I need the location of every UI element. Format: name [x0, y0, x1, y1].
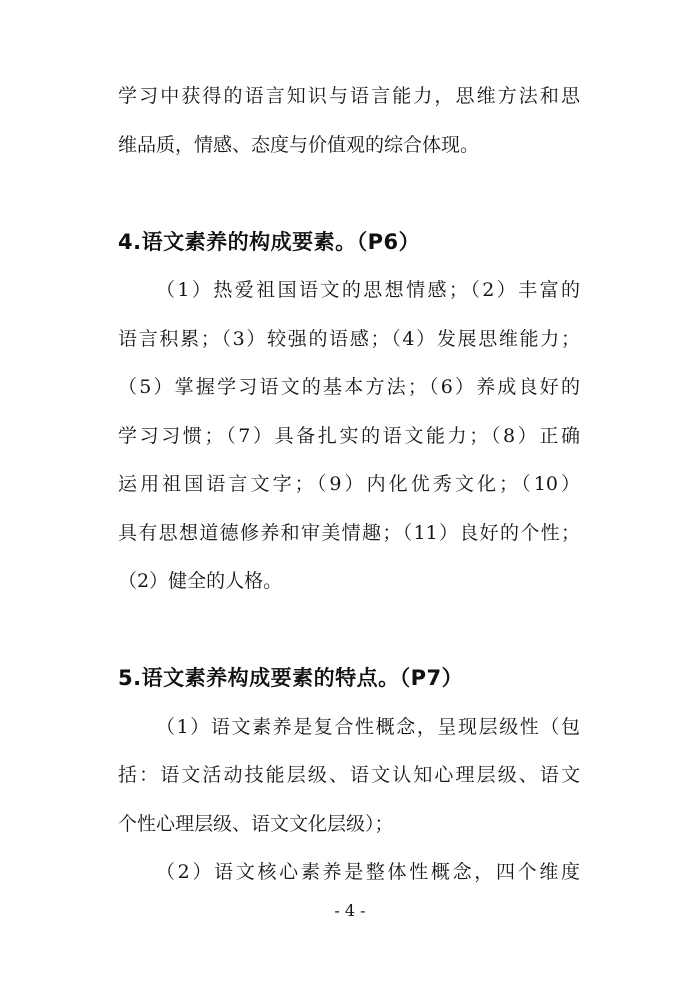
blank-line — [118, 606, 580, 655]
text-line: 学习习惯；（7）具备扎实的语文能力；（8）正确 — [118, 412, 580, 461]
blank-line — [118, 169, 580, 218]
text-line: 学习中获得的语言知识与语言能力，思维方法和思 — [118, 72, 580, 121]
heading-item-4: 4.语文素养的构成要素。（P6） — [118, 218, 580, 267]
text-line: 运用祖国语言文字；（9）内化优秀文化；（10） — [118, 460, 580, 509]
document-page: 学习中获得的语言知识与语言能力，思维方法和思维品质，情感、态度与价值观的综合体现… — [0, 0, 700, 1004]
text-line: 语言积累；（3）较强的语感；（4）发展思维能力； — [118, 315, 580, 364]
text-line: （1）语文素养是复合性概念，呈现层级性（包 — [118, 703, 580, 752]
page-number: - 4 - — [0, 898, 700, 924]
text-line: （1）热爱祖国语文的思想情感；（2）丰富的 — [118, 266, 580, 315]
text-line: 个性心理层级、语文文化层级）； — [118, 800, 580, 849]
text-line: 括：语文活动技能层级、语文认知心理层级、语文 — [118, 751, 580, 800]
text-line: （2）健全的人格。 — [118, 557, 580, 606]
text-line: 具有思想道德修养和审美情趣；（11）良好的个性； — [118, 509, 580, 558]
heading-item-5: 5.语文素养构成要素的特点。（P7） — [118, 654, 580, 703]
text-line: （5）掌握学习语文的基本方法；（6）养成良好的 — [118, 363, 580, 412]
text-line: （2）语文核心素养是整体性概念，四个维度 — [118, 848, 580, 897]
text-line: 维品质，情感、态度与价值观的综合体现。 — [118, 121, 580, 170]
document-body: 学习中获得的语言知识与语言能力，思维方法和思维品质，情感、态度与价值观的综合体现… — [118, 72, 580, 897]
